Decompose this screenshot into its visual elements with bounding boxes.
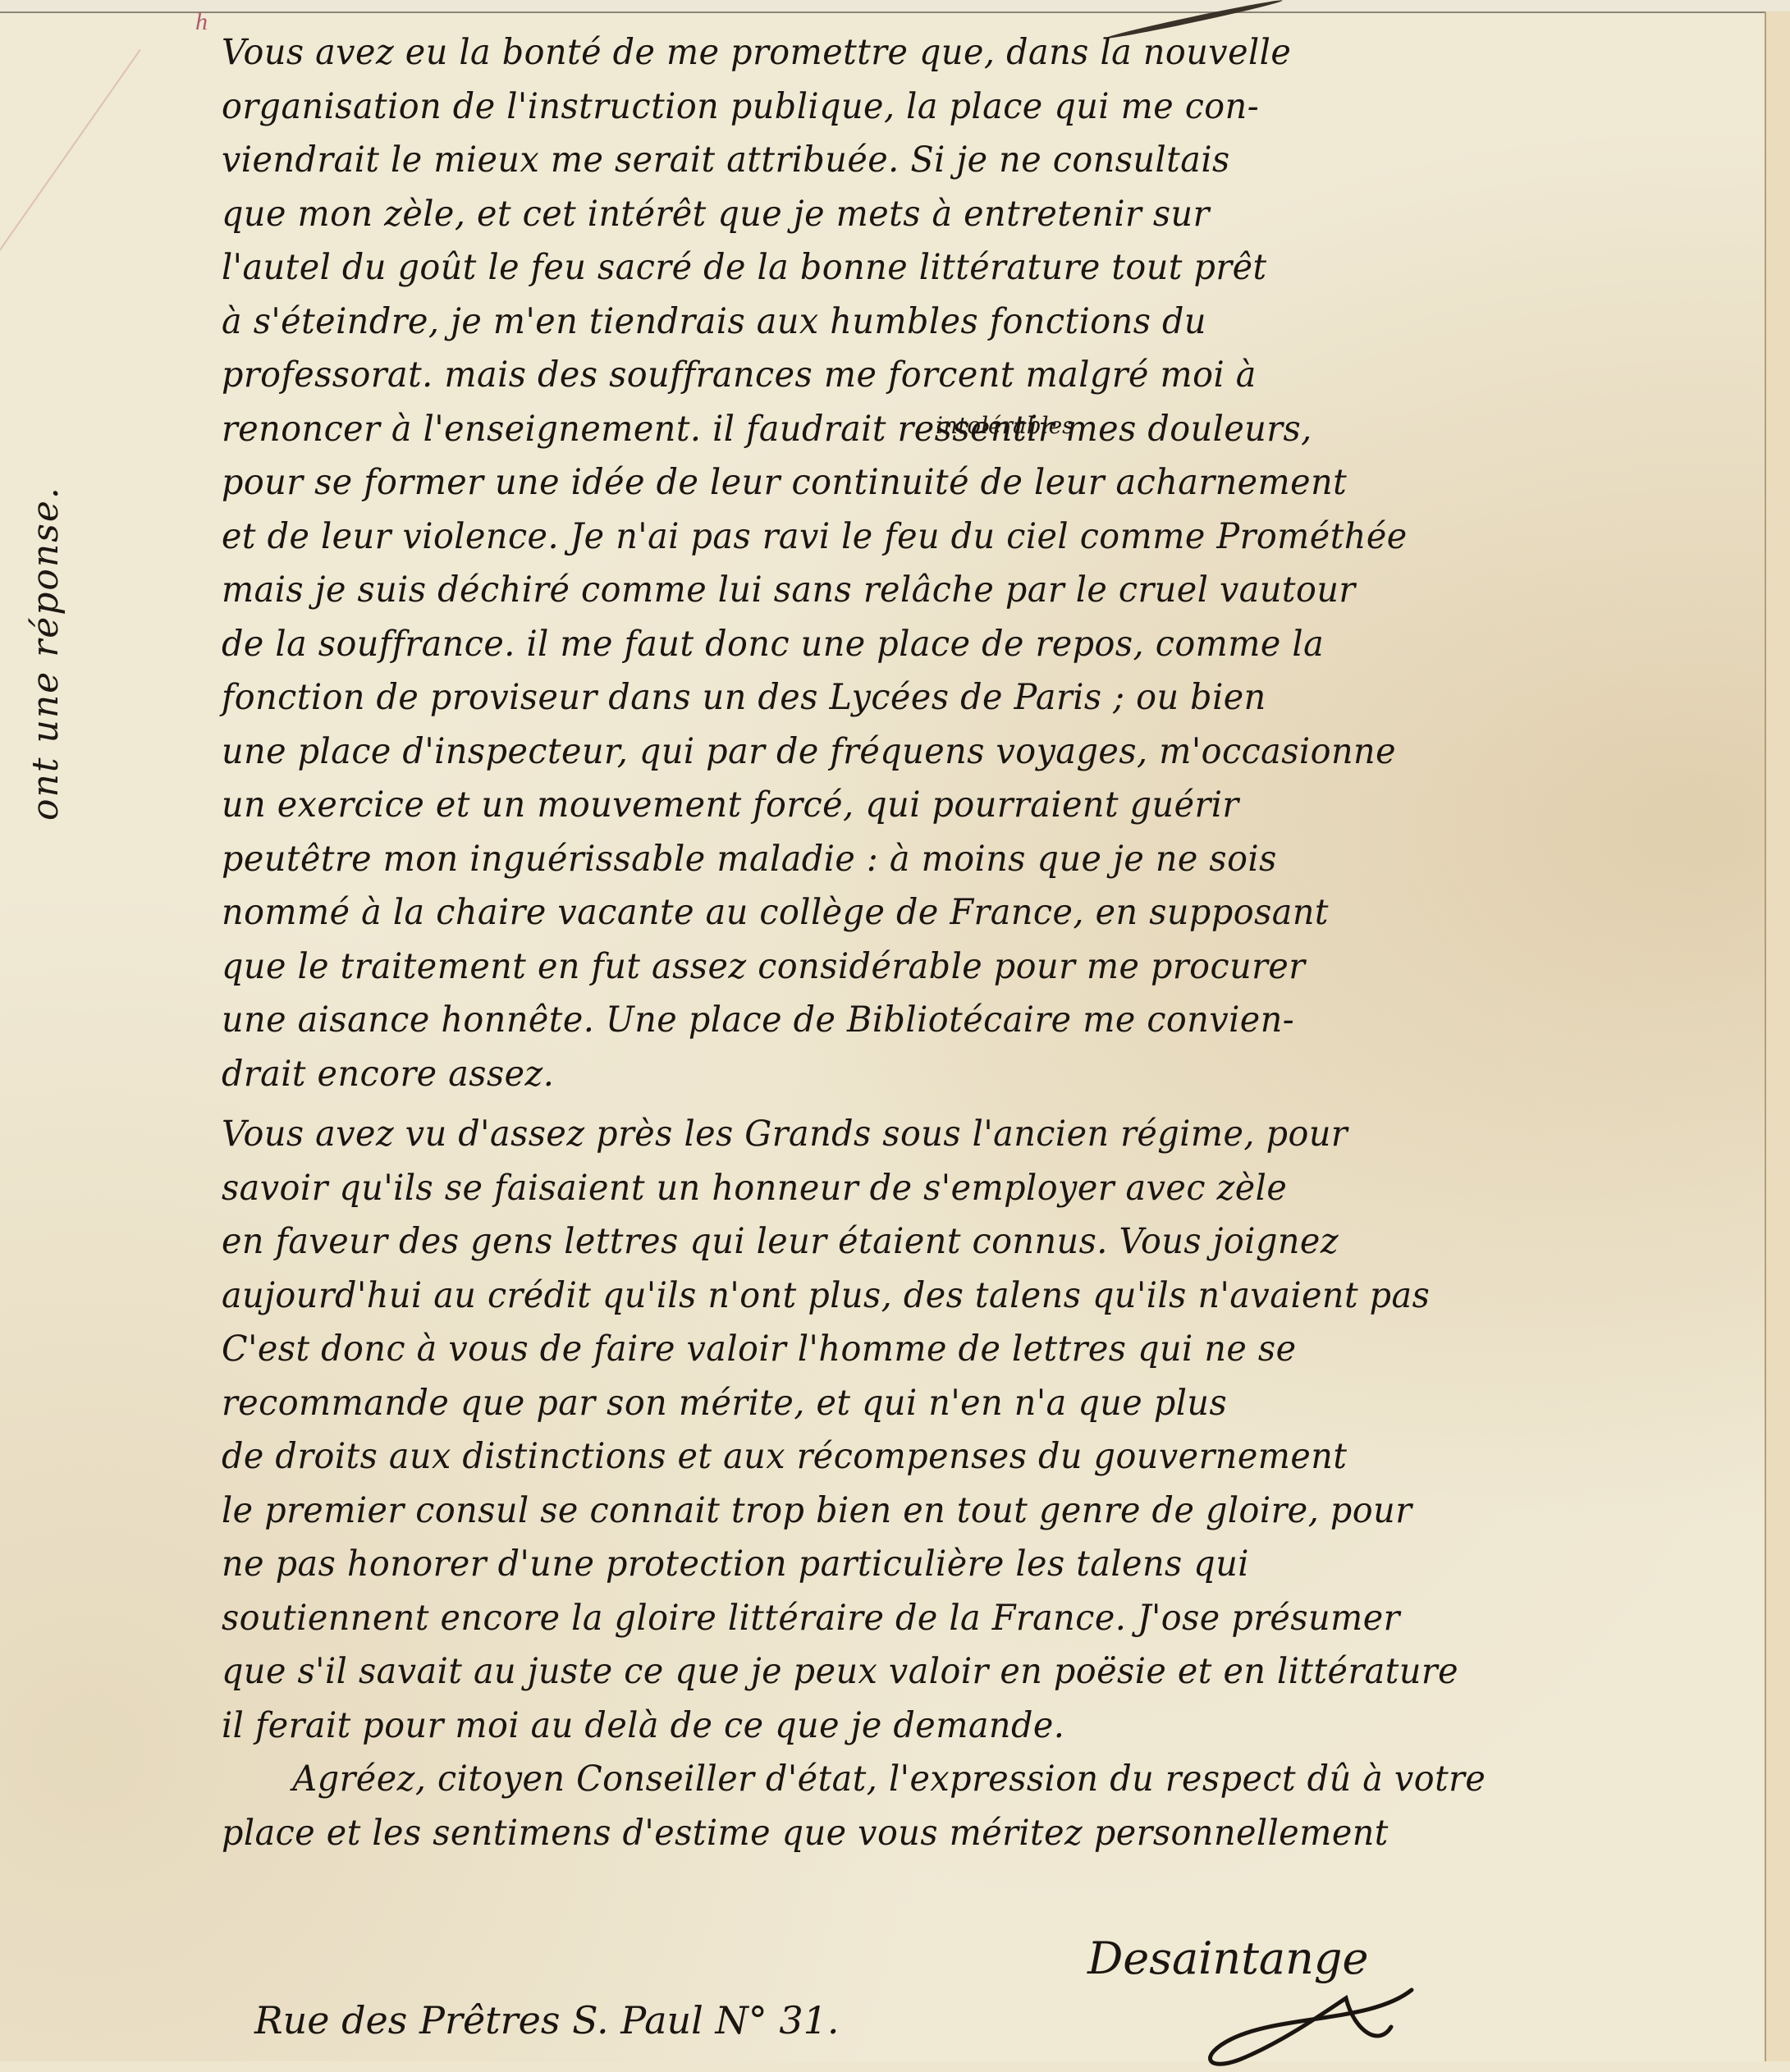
body-line: le premier consul se connait trop bien e… xyxy=(222,1484,1703,1539)
body-line: un exercice et un mouvement forcé, qui p… xyxy=(222,779,1703,833)
body-line: aujourd'hui au crédit qu'ils n'ont plus,… xyxy=(222,1269,1703,1324)
body-line: Vous avez vu d'assez près les Grands sou… xyxy=(222,1108,1703,1162)
margin-note: ont une réponse. xyxy=(25,486,66,821)
body-line: il ferait pour moi au delà de ce que je … xyxy=(222,1699,1703,1754)
body-line: Vous avez eu la bonté de me promettre qu… xyxy=(222,26,1703,80)
signature-flourish xyxy=(1182,1982,1428,2061)
body-line: que mon zèle, et cet intérêt que je mets… xyxy=(222,188,1703,242)
body-line: nommé à la chaire vacante au collège de … xyxy=(222,886,1703,940)
closing-line: Agréez, citoyen Conseiller d'état, l'exp… xyxy=(222,1753,1703,1807)
body-line: une aisance honnête. Une place de Biblio… xyxy=(222,994,1703,1048)
body-line: une place d'inspecteur, qui par de fréqu… xyxy=(222,725,1703,780)
body-line: drait encore assez. xyxy=(222,1048,1703,1102)
body-line: que le traitement en fut assez considéra… xyxy=(222,940,1703,995)
body-line: savoir qu'ils se faisaient un honneur de… xyxy=(222,1162,1703,1216)
paper-top-edge xyxy=(0,0,1790,13)
margin-rule-line xyxy=(0,49,141,292)
body-line: de droits aux distinctions et aux récomp… xyxy=(222,1430,1703,1484)
body-line: soutiennent encore la gloire littéraire … xyxy=(222,1592,1703,1646)
body-line: de la souffrance. il me faut donc une pl… xyxy=(222,618,1703,672)
paper-right-edge xyxy=(1765,11,1790,2061)
letter-body: Vous avez eu la bonté de me promettre qu… xyxy=(222,26,1765,1860)
body-line: fonction de proviseur dans un des Lycées… xyxy=(222,671,1703,725)
body-line: que s'il savait au juste ce que je peux … xyxy=(222,1645,1703,1699)
body-line: et de leur violence. Je n'ai pas ravi le… xyxy=(222,510,1703,565)
body-line: ne pas honorer d'une protection particul… xyxy=(222,1538,1703,1592)
body-line: en faveur des gens lettres qui leur étai… xyxy=(222,1215,1703,1269)
signature: Desaintange xyxy=(1087,1932,1368,1984)
body-line: C'est donc à vous de faire valoir l'homm… xyxy=(222,1323,1703,1377)
body-line: renoncer à l'enseignement. il faudrait r… xyxy=(222,403,1703,457)
body-line: à s'éteindre, je m'en tiendrais aux humb… xyxy=(222,295,1703,350)
body-line: mais je suis déchiré comme lui sans relâ… xyxy=(222,564,1703,618)
closing-line: place et les sentimens d'estime que vous… xyxy=(222,1807,1703,1861)
sender-address: Rue des Prêtres S. Paul N° 31. xyxy=(254,1998,840,2042)
body-line: viendrait le mieux me serait attribuée. … xyxy=(222,134,1703,188)
body-line: professorat. mais des souffrances me for… xyxy=(222,349,1703,403)
body-line: organisation de l'instruction publique, … xyxy=(222,80,1703,135)
body-line: l'autel du goût le feu sacré de la bonne… xyxy=(222,241,1703,295)
corner-mark: h xyxy=(195,8,212,41)
body-line: recommande que par son mérite, et qui n'… xyxy=(222,1377,1703,1431)
manuscript-page: h ont une réponse. intolérables Vous ave… xyxy=(0,0,1790,2061)
body-line: peutêtre mon inguérissable maladie : à m… xyxy=(222,833,1703,887)
body-line: pour se former une idée de leur continui… xyxy=(222,456,1703,510)
